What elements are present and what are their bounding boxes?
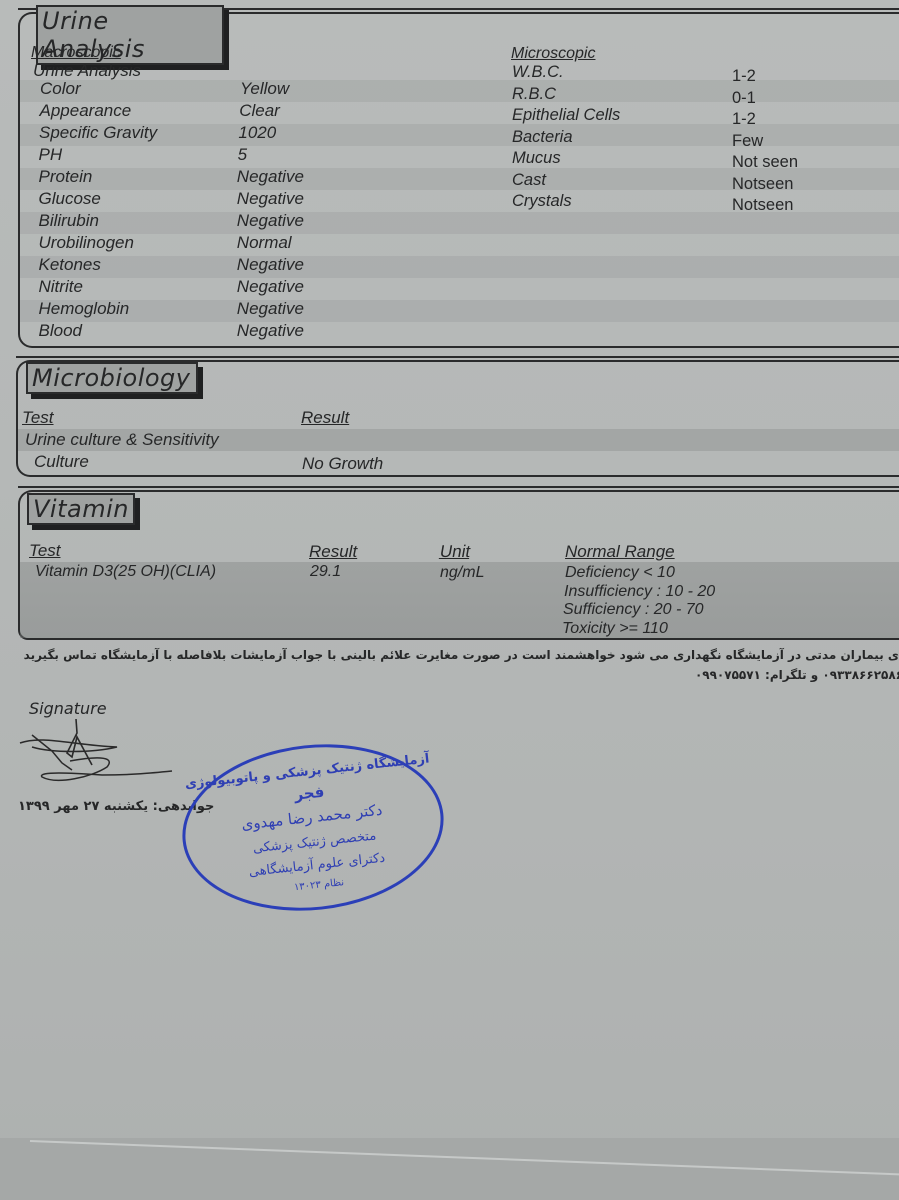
- macroscopic-test-name: Bilirubin: [39, 211, 99, 231]
- normal-range-line: Toxicity >= 110: [562, 620, 668, 638]
- handwritten-signature-icon: [12, 715, 177, 795]
- microscopic-test-name: Epithelial Cells: [512, 106, 620, 125]
- macroscopic-test-name: Urobilinogen: [39, 233, 134, 253]
- microscopic-test-name: Cast: [512, 171, 546, 190]
- macroscopic-test-name: Nitrite: [39, 277, 83, 297]
- microscopic-header: Microscopic: [511, 45, 595, 63]
- microbiology-group-label: Urine culture & Sensitivity: [25, 430, 219, 450]
- microscopic-test-result: 1-2: [732, 110, 756, 129]
- macroscopic-test-name: Protein: [39, 167, 93, 187]
- vitamin-col-normal-range: Normal Range: [565, 542, 675, 562]
- vitamin-d3-unit: ng/mL: [440, 564, 484, 582]
- microbiology-title: Microbiology: [26, 362, 198, 394]
- macroscopic-header: Macroscopic: [31, 44, 121, 62]
- vitamin-col-result: Result: [309, 542, 357, 562]
- microscopic-test-name: Mucus: [512, 149, 561, 168]
- culture-result: No Growth: [302, 454, 383, 474]
- microscopic-test-result: 0-1: [732, 89, 756, 108]
- microscopic-test-name: Crystals: [512, 192, 572, 211]
- macroscopic-test-name: PH: [39, 145, 63, 165]
- microscopic-test-result: Not seen: [732, 153, 798, 172]
- microscopic-test-result: Notseen: [732, 196, 793, 215]
- macroscopic-test-result: Negative: [237, 255, 304, 275]
- macroscopic-test-result: Negative: [237, 321, 304, 341]
- microbiology-col-result: Result: [301, 408, 349, 428]
- macroscopic-test-name: Glucose: [39, 189, 101, 209]
- macroscopic-test-result: Negative: [237, 277, 304, 297]
- macroscopic-test-name: Color: [40, 79, 81, 99]
- macroscopic-test-result: Negative: [237, 299, 304, 319]
- normal-range-line: Insufficiency : 10 - 20: [564, 583, 715, 601]
- culture-test: Culture: [34, 452, 89, 472]
- microbiology-col-test: Test: [22, 408, 54, 428]
- macroscopic-test-name: Blood: [39, 321, 82, 341]
- macroscopic-test-result: Clear: [239, 101, 280, 121]
- macroscopic-test-result: Yellow: [240, 79, 289, 99]
- macroscopic-test-result: Negative: [237, 189, 304, 209]
- macroscopic-test-result: 1020: [238, 123, 276, 143]
- macroscopic-test-name: Ketones: [39, 255, 101, 275]
- normal-range-line: Deficiency < 10: [565, 564, 675, 582]
- vitamin-d3-test: Vitamin D3(25 OH)(CLIA): [35, 563, 216, 581]
- microscopic-test-result: Notseen: [732, 175, 793, 194]
- vitamin-col-test: Test: [29, 541, 61, 561]
- microscopic-test-name: Bacteria: [512, 128, 573, 147]
- macroscopic-group-label: Urine Analysis: [33, 61, 141, 81]
- normal-range-line: Sufficiency : 20 - 70: [563, 601, 704, 619]
- notice-line-2: ۰۹۳۳۸۶۶۲۵۸۶ و تلگرام: ۰۹۹۰۷۵۵۷۱: [695, 668, 899, 682]
- macroscopic-test-result: Normal: [237, 233, 292, 253]
- macroscopic-test-result: Negative: [237, 167, 304, 187]
- microscopic-test-name: W.B.C.: [512, 63, 564, 82]
- macroscopic-test-result: 5: [238, 145, 247, 165]
- macroscopic-test-name: Hemoglobin: [39, 299, 130, 319]
- macroscopic-test-result: Negative: [237, 211, 304, 231]
- notice-line-1: ای بیماران مدتی در آزمایشگاه نگهداری می …: [24, 648, 899, 662]
- microscopic-test-result: 1-2: [732, 67, 756, 86]
- microscopic-test-result: Few: [732, 132, 763, 151]
- vitamin-d3-result: 29.1: [310, 563, 341, 581]
- macroscopic-test-name: Appearance: [40, 101, 132, 121]
- vitamin-col-unit: Unit: [438, 542, 472, 562]
- macroscopic-test-name: Specific Gravity: [39, 123, 157, 143]
- microscopic-test-name: R.B.C: [512, 85, 556, 104]
- vitamin-title: Vitamin: [27, 493, 135, 525]
